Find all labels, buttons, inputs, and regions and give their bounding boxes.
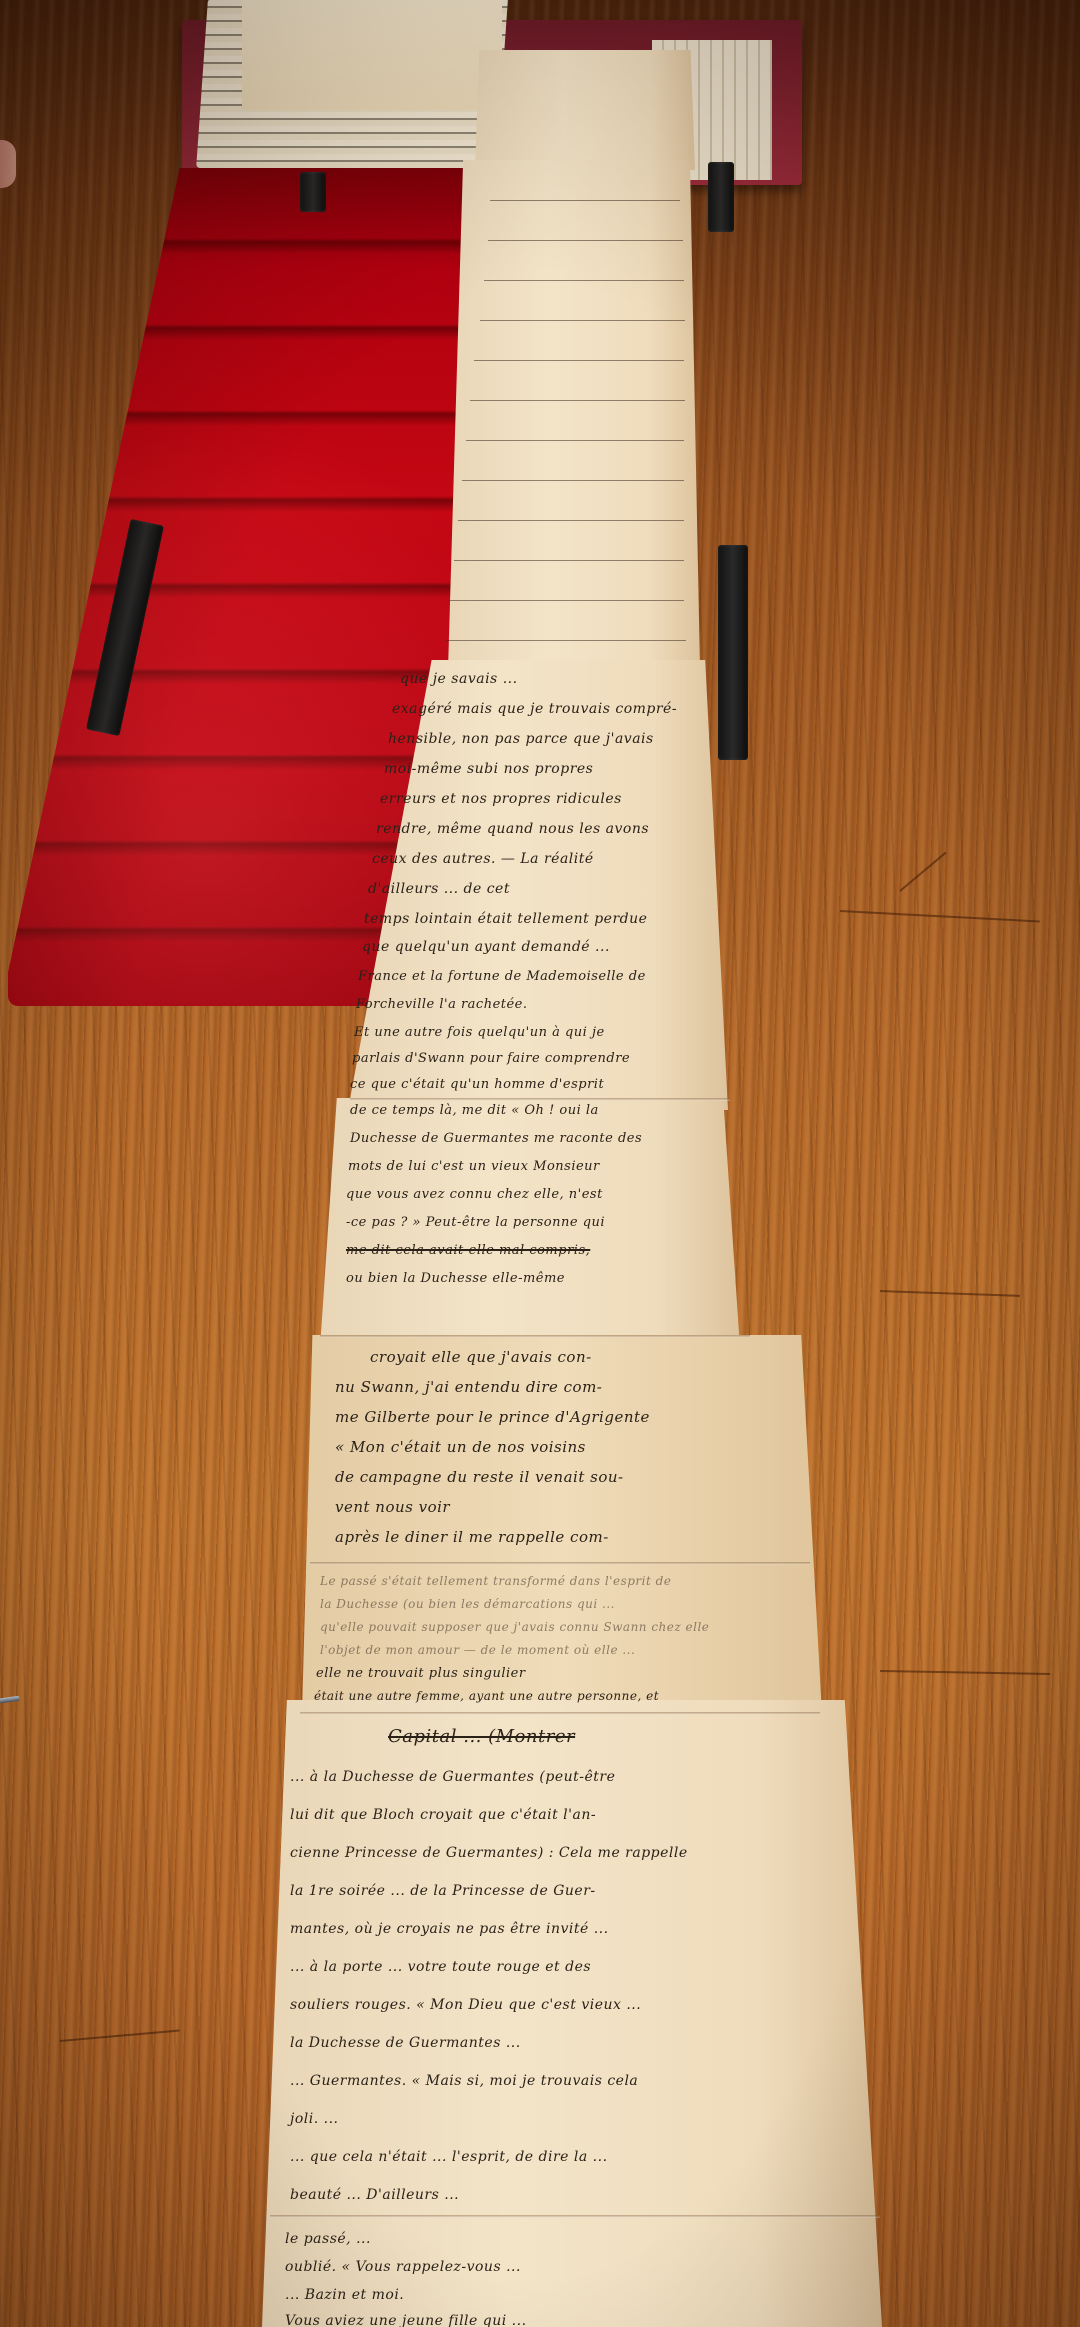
handwriting-line: l'objet de mon amour — de le moment où e… [320, 1644, 635, 1656]
paper-segment-top [475, 50, 695, 170]
handwriting-line: « Mon c'était un de nos voisins [335, 1440, 586, 1455]
handwriting-line: erreurs et nos propres ridicules [380, 792, 622, 806]
handwriting-line: ceux des autres. — La réalité [372, 852, 594, 866]
handwriting-line: mantes, où je croyais ne pas être invité… [290, 1922, 609, 1936]
handwriting-line: cienne Princesse de Guermantes) : Cela m… [290, 1846, 688, 1860]
handwriting-line: souliers rouges. « Mon Dieu que c'est vi… [290, 1998, 641, 2012]
faint-handwriting [480, 320, 685, 321]
handwriting-line: nu Swann, j'ai entendu dire com- [335, 1380, 602, 1395]
faint-handwriting [458, 520, 684, 521]
handwriting-line: me dit cela avait-elle mal compris, [346, 1244, 590, 1257]
handwriting-line: Duchesse de Guermantes me raconte des [350, 1132, 642, 1145]
handwriting-line: ... à la Duchesse de Guermantes (peut-êt… [290, 1770, 615, 1784]
faint-handwriting [474, 360, 684, 361]
handwriting-line: croyait elle que j'avais con- [370, 1350, 592, 1365]
handwriting-line: qu'elle pouvait supposer que j'avais con… [320, 1621, 709, 1633]
handwriting-line: elle ne trouvait plus singulier [316, 1667, 526, 1680]
handwriting-line: que quelqu'un ayant demandé ... [362, 940, 610, 954]
handwriting-line: temps lointain était tellement perdue [364, 912, 647, 926]
handwriting-line: le passé, ... [285, 2232, 371, 2246]
faint-handwriting [488, 240, 683, 241]
handwriting-line: la Duchesse (ou bien les démarcations qu… [320, 1598, 615, 1610]
faint-handwriting [450, 600, 684, 601]
paper-fold [310, 1562, 810, 1565]
faint-handwriting [462, 480, 684, 481]
handwriting-line: que vous avez connu chez elle, n'est [346, 1188, 603, 1201]
handwriting-line: rendre, même quand nous les avons [376, 822, 649, 836]
faint-handwriting [466, 440, 684, 441]
faint-handwriting [454, 560, 684, 561]
handwriting-line: beauté ... D'ailleurs ... [290, 2188, 459, 2202]
paper-fold [270, 2215, 880, 2218]
handwriting-line: après le diner il me rappelle com- [335, 1530, 609, 1545]
handwriting-line: -ce pas ? » Peut-être la personne qui [346, 1216, 605, 1229]
paper-fold [320, 1335, 750, 1338]
handwriting-line: la Duchesse de Guermantes ... [290, 2036, 521, 2050]
handwriting-line: France et la fortune de Mademoiselle de [358, 970, 646, 983]
handwriting-line: de ce temps là, me dit « Oh ! oui la [350, 1104, 599, 1117]
handwriting-line: ... Bazin et moi. [285, 2288, 404, 2302]
handwriting-line: hensible, non pas parce que j'avais [388, 732, 654, 746]
handwriting-line: ce que c'était qu'un homme d'esprit [350, 1078, 604, 1091]
handwriting-line: lui dit que Bloch croyait que c'était l'… [290, 1808, 596, 1822]
handwriting-line: mots de lui c'est un vieux Monsieur [348, 1160, 600, 1173]
handwriting-line: Et une autre fois quelqu'un à qui je [354, 1026, 605, 1039]
handwriting-line: ... à la porte ... votre toute rouge et … [290, 1960, 591, 1974]
handwriting-line: Vous aviez une jeune fille qui ... [285, 2314, 527, 2327]
handwriting-line: la 1re soirée ... de la Princesse de Gue… [290, 1884, 596, 1898]
handwriting-line: me Gilberte pour le prince d'Agrigente [335, 1410, 650, 1425]
handwriting-heading: Capital ... (Montrer [388, 1728, 575, 1746]
handwriting-line: Forcheville l'a rachetée. [356, 998, 528, 1011]
handwriting-line: joli. ... [290, 2112, 338, 2126]
handwriting-line: exagéré mais que je trouvais compré- [392, 702, 677, 716]
handwriting-line: ou bien la Duchesse elle-même [346, 1272, 565, 1285]
handwriting-line: Le passé s'était tellement transformé da… [320, 1575, 671, 1587]
manuscript-strip: que je savais ... exagéré mais que je tr… [0, 0, 1080, 2327]
handwriting-line: était une autre femme, ayant une autre p… [314, 1690, 659, 1702]
paper-segment-0 [448, 160, 700, 670]
handwriting-line: oublié. « Vous rappelez-vous ... [285, 2260, 521, 2274]
faint-handwriting [484, 280, 684, 281]
paper-fold [350, 1098, 730, 1101]
faint-handwriting [446, 640, 686, 641]
handwriting-line: parlais d'Swann pour faire comprendre [352, 1052, 630, 1065]
handwriting-line: ... que cela n'était ... l'esprit, de di… [290, 2150, 608, 2164]
handwriting-line: que je savais ... [400, 672, 518, 686]
paper-fold [300, 1712, 820, 1715]
faint-handwriting [470, 400, 685, 401]
handwriting-line: de campagne du reste il venait sou- [335, 1470, 624, 1485]
faint-handwriting [490, 200, 680, 201]
handwriting-line: d'ailleurs ... de cet [368, 882, 510, 896]
handwriting-line: ... Guermantes. « Mais si, moi je trouva… [290, 2074, 638, 2088]
handwriting-line: vent nous voir [335, 1500, 450, 1515]
handwriting-line: moi-même subi nos propres [384, 762, 593, 776]
